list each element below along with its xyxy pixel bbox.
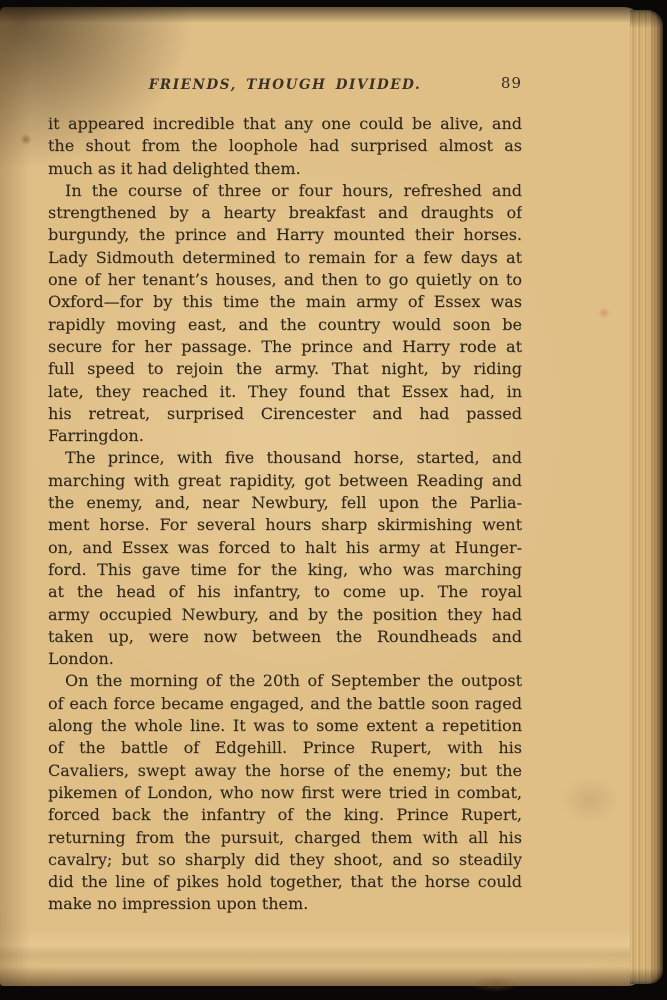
text-line: army occupied Newbury, and by the positi… [48, 604, 522, 626]
stain [472, 976, 518, 992]
paragraph: In the course of three or four hours, re… [48, 180, 522, 448]
text-line: of the battle of Edgehill. Prince Rupert… [48, 737, 522, 759]
text-line: Cavaliers, swept away the horse of the e… [48, 760, 522, 782]
text-line: late, they reached it. They found that E… [48, 381, 522, 403]
scanned-book-photo: FRIENDS, THOUGH DIVIDED. 89 it appeared … [0, 0, 667, 1000]
text-line: it appeared incredible that any one coul… [48, 113, 522, 135]
text-line: taken up, were now between the Roundhead… [48, 626, 522, 648]
paragraph: it appeared incredible that any one coul… [48, 113, 522, 180]
text-line: one of her tenant’s houses, and then to … [48, 269, 522, 291]
text-line: much as it had delighted them. [48, 158, 522, 180]
text-line: his retreat, surprised Cirencester and h… [48, 403, 522, 425]
text-line: ford. This gave time for the king, who w… [48, 559, 522, 581]
running-header: FRIENDS, THOUGH DIVIDED. 89 [48, 74, 522, 93]
text-line: Lady Sidmouth determined to remain for a… [48, 247, 522, 269]
text-line: of each force became engaged, and the ba… [48, 693, 522, 715]
text-line: strengthened by a hearty breakfast and d… [48, 202, 522, 224]
text-line: forced back the infantry of the king. Pr… [48, 804, 522, 826]
text-line: In the course of three or four hours, re… [48, 180, 522, 202]
text-line: along the whole line. It was to some ext… [48, 715, 522, 737]
text-line: cavalry; but so sharply did they shoot, … [48, 849, 522, 871]
text-line: ment horse. For several hours sharp skir… [48, 514, 522, 536]
paragraph: The prince, with five thousand horse, st… [48, 447, 522, 670]
text-line: returning from the pursuit, charged them… [48, 827, 522, 849]
stain [20, 134, 32, 145]
text-line: On the morning of the 20th of September … [48, 670, 522, 692]
page-body: it appeared incredible that any one coul… [48, 113, 522, 916]
text-line: at the head of his infantry, to come up.… [48, 581, 522, 603]
stain [598, 307, 610, 319]
text-line: burgundy, the prince and Harry mounted t… [48, 224, 522, 246]
text-line: pikemen of London, who now first were tr… [48, 782, 522, 804]
book-page: FRIENDS, THOUGH DIVIDED. 89 it appeared … [0, 7, 642, 986]
text-line: Farringdon. [48, 425, 522, 447]
page-edge-stack [630, 10, 663, 984]
text-line: make no impression upon them. [48, 893, 522, 915]
text-line: on, and Essex was forced to halt his arm… [48, 537, 522, 559]
text-line: the enemy, and, near Newbury, fell upon … [48, 492, 522, 514]
page-number: 89 [501, 74, 522, 92]
text-line: The prince, with five thousand horse, st… [48, 447, 522, 469]
paragraph: On the morning of the 20th of September … [48, 670, 522, 915]
header-title: FRIENDS, THOUGH DIVIDED. [149, 77, 422, 93]
text-line: marching with great rapidity, got betwee… [48, 470, 522, 492]
text-line: rapidly moving east, and the country wou… [48, 314, 522, 336]
text-line: Oxford—for by this time the main army of… [48, 291, 522, 313]
text-line: the shout from the loophole had surprise… [48, 135, 522, 157]
text-line: did the line of pikes hold together, tha… [48, 871, 522, 893]
text-line: London. [48, 648, 522, 670]
text-line: secure for her passage. The prince and H… [48, 336, 522, 358]
stain [560, 777, 620, 823]
text-line: full speed to rejoin the army. That nigh… [48, 358, 522, 380]
